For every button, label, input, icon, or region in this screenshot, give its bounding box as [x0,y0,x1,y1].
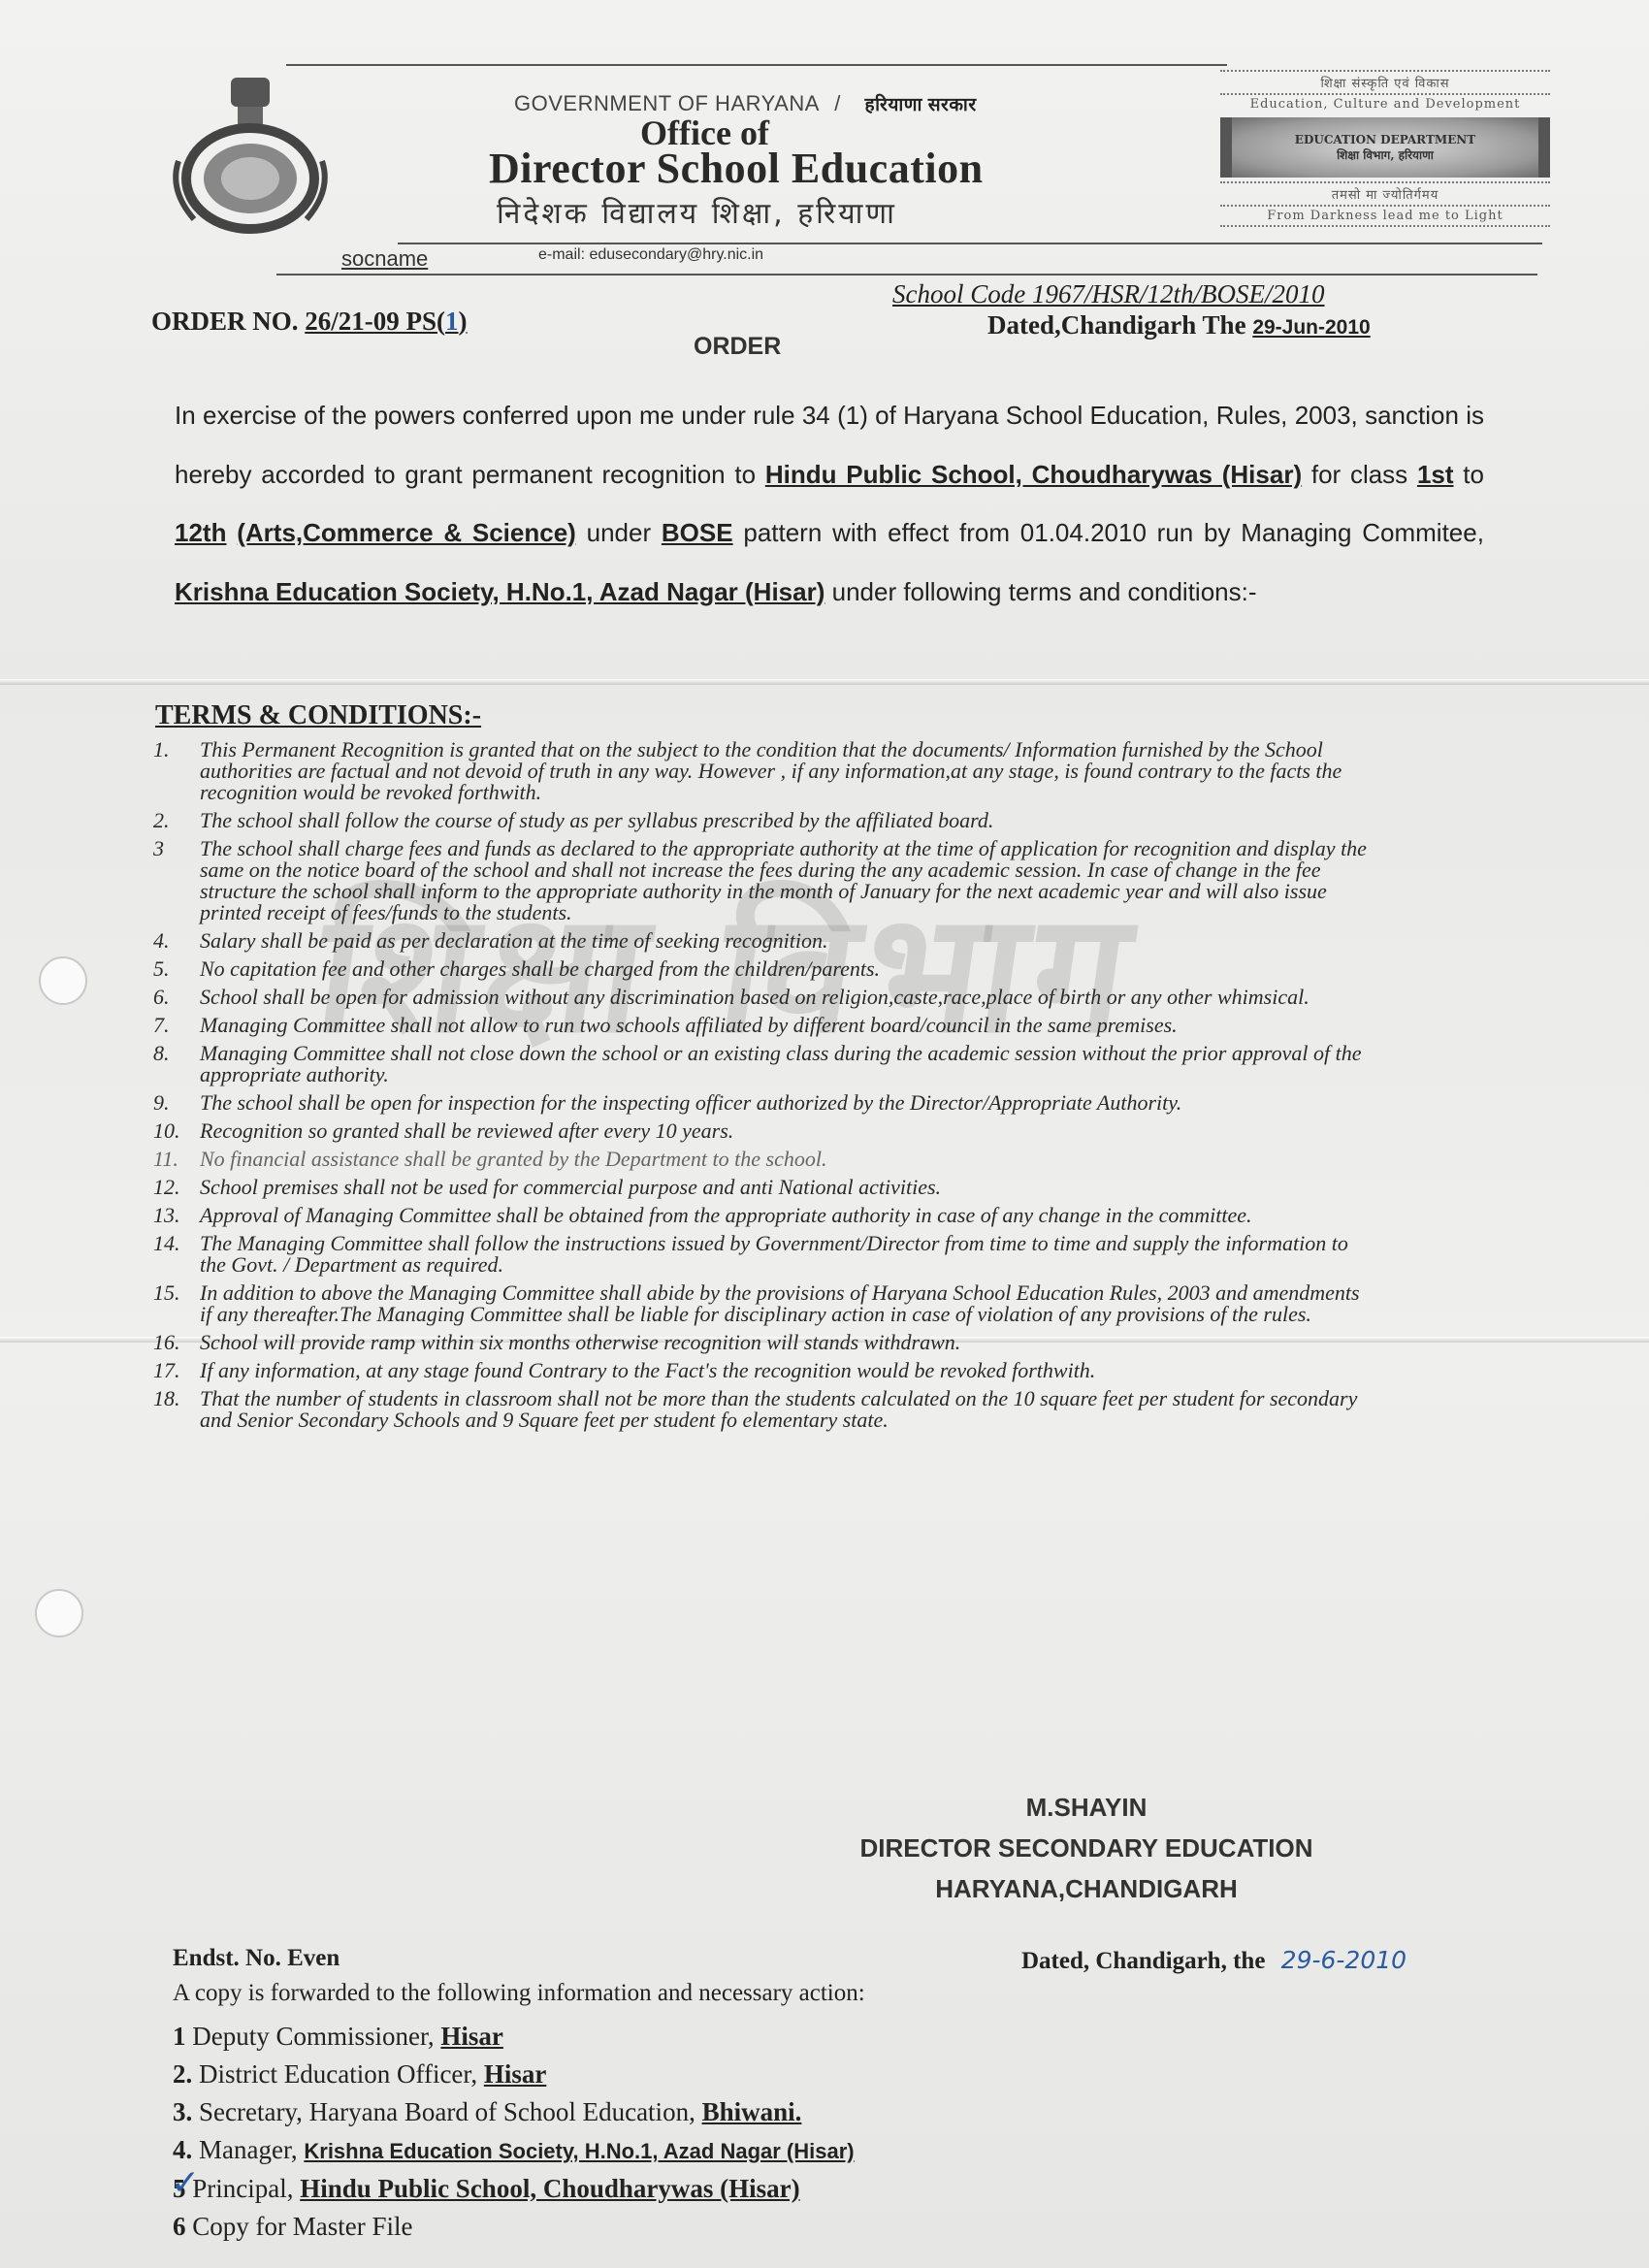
class-to: 12th [175,518,226,547]
term-text: Managing Committee shall not close down … [200,1043,1375,1085]
recipient-role: District Education Officer, [199,2059,484,2089]
punch-hole [35,1589,83,1637]
recipient-role: Copy for Master File [192,2212,412,2241]
handwritten-date: 29-6-2010 [1281,1946,1406,1974]
order-date: Dated,Chandigarh The 29-Jun-2010 [987,310,1371,340]
term-text: School shall be open for admission witho… [200,987,1375,1008]
term-text: School will provide ramp within six mont… [200,1332,1375,1353]
term-text: If any information, at any stage found C… [200,1360,1375,1381]
recipient-role: Principal, [192,2174,300,2203]
school-name: Hindu Public School, Choudharywas (Hisar… [765,460,1302,489]
term-item: 18.That the number of students in classr… [153,1388,1375,1431]
header-bottom-rule [276,274,1537,275]
email-address: e-mail: edusecondary@hry.nic.in [538,246,763,264]
recipient-role: Secretary, Haryana Board of School Educa… [199,2097,702,2126]
term-item: 4.Salary shall be paid as per declaratio… [153,930,1375,952]
term-text: No financial assistance shall be granted… [200,1149,1375,1170]
signatory-place: HARYANA,CHANDIGARH [795,1868,1377,1909]
term-item: 15.In addition to above the Managing Com… [153,1282,1375,1325]
socname-label: socname [341,246,428,272]
paper-crease [0,679,1649,685]
term-text: Recognition so granted shall be reviewed… [200,1120,1375,1142]
board-name: BOSE [662,518,733,547]
term-text: The Managing Committee shall follow the … [200,1233,1375,1276]
punch-hole [39,956,87,1005]
endorsement-date: Dated, Chandigarh, the 29-6-2010 [1021,1946,1406,1975]
term-item: 5.No capitation fee and other charges sh… [153,958,1375,980]
recipient-place: Krishna Education Society, H.No.1, Azad … [304,2139,854,2163]
term-text: The school shall follow the course of st… [200,810,1375,831]
term-item: 16.School will provide ramp within six m… [153,1332,1375,1353]
term-item: 7.Managing Committee shall not allow to … [153,1015,1375,1036]
term-text: This Permanent Recognition is granted th… [200,739,1375,803]
recipient-place: Hindu Public School, Choudharywas (Hisar… [300,2174,799,2203]
term-text: Approval of Managing Committee shall be … [200,1205,1375,1226]
term-item: 1.This Permanent Recognition is granted … [153,739,1375,803]
recipient-item: 5 Principal, Hindu Public School, Choudh… [173,2170,855,2208]
recipient-item: 1 Deputy Commissioner, Hisar [173,2018,855,2056]
signature-block: M.SHAYIN DIRECTOR SECONDARY EDUCATION HA… [795,1787,1377,1909]
terms-title: TERMS & CONDITIONS:- [155,700,481,731]
term-number: 4. [153,930,200,952]
education-department-logo: शिक्षा संस्कृति एवं विकास Education, Cul… [1220,70,1550,227]
term-number: 17. [153,1360,200,1381]
streams: (Arts,Commerce & Science) [237,518,576,547]
term-item: 10.Recognition so granted shall be revie… [153,1120,1375,1142]
term-item: 2.The school shall follow the course of … [153,810,1375,831]
term-text: In addition to above the Managing Commit… [200,1282,1375,1325]
term-item: 14.The Managing Committee shall follow t… [153,1233,1375,1276]
recipient-number: 2. [173,2059,199,2089]
recipient-item: 3. Secretary, Haryana Board of School Ed… [173,2093,855,2131]
term-text: School premises shall not be used for co… [200,1177,1375,1198]
forward-text: A copy is forwarded to the following inf… [173,1980,865,2007]
term-number: 7. [153,1015,200,1036]
office-title: Director School Education [489,144,984,193]
term-text: The school shall be open for inspection … [200,1092,1375,1114]
recipient-item: 6 Copy for Master File [173,2208,855,2246]
term-text: That the number of students in classroom… [200,1388,1375,1431]
term-number: 8. [153,1043,200,1085]
recipient-item: 4. Manager, Krishna Education Society, H… [173,2131,855,2170]
term-text: No capitation fee and other charges shal… [200,958,1375,980]
term-number: 11. [153,1149,200,1170]
class-from: 1st [1417,460,1454,489]
header-top-rule [286,64,1227,66]
term-number: 10. [153,1120,200,1142]
term-number: 16. [153,1332,200,1353]
term-number: 12. [153,1177,200,1198]
society-name: Krishna Education Society, H.No.1, Azad … [175,577,824,606]
term-item: 9.The school shall be open for inspectio… [153,1092,1375,1114]
recipient-number: 6 [173,2212,192,2241]
term-number: 9. [153,1092,200,1114]
order-number: ORDER NO. 26/21-09 PS(1) [151,307,468,337]
term-text: Salary shall be paid as per declaration … [200,930,1375,952]
recipient-place: Bhiwani. [702,2097,802,2126]
term-text: Managing Committee shall not allow to ru… [200,1015,1375,1036]
recipient-number: 3. [173,2097,199,2126]
term-item: 3The school shall charge fees and funds … [153,838,1375,923]
term-item: 8.Managing Committee shall not close dow… [153,1043,1375,1085]
term-item: 17.If any information, at any stage foun… [153,1360,1375,1381]
signatory-name: M.SHAYIN [795,1787,1377,1828]
order-body-paragraph: In exercise of the powers conferred upon… [175,386,1484,621]
recipient-role: Deputy Commissioner, [192,2022,440,2051]
checkmark-icon: ✓ [171,2163,200,2203]
office-title-hindi: निदेशक विद्यालय शिक्षा, हरियाणा [497,192,897,232]
header-mid-rule [398,243,1542,244]
term-number: 13. [153,1205,200,1226]
recipient-place: Hisar [484,2059,547,2089]
term-number: 2. [153,810,200,831]
terms-list: 1.This Permanent Recognition is granted … [153,739,1375,1438]
department-band: EDUCATION DEPARTMENT शिक्षा विभाग, हरिया… [1220,117,1550,178]
term-item: 11.No financial assistance shall be gran… [153,1149,1375,1170]
order-heading: ORDER [694,333,781,361]
term-item: 12.School premises shall not be used for… [153,1177,1375,1198]
recipient-number: 4. [173,2135,199,2164]
recipient-number: 1 [173,2022,192,2051]
endorsement-number: Endst. No. Even [173,1945,339,1972]
term-text: The school shall charge fees and funds a… [200,838,1375,923]
recipient-place: Hisar [440,2022,503,2051]
recipient-role: Manager, [199,2135,304,2164]
term-number: 15. [153,1282,200,1325]
school-code: School Code 1967/HSR/12th/BOSE/2010 [892,279,1324,309]
term-number: 1. [153,739,200,803]
haryana-emblem-icon [165,74,335,239]
term-number: 18. [153,1388,200,1431]
term-number: 3 [153,838,200,923]
term-number: 5. [153,958,200,980]
recipient-item: 2. District Education Officer, Hisar [173,2056,855,2093]
term-number: 14. [153,1233,200,1276]
term-number: 6. [153,987,200,1008]
term-item: 6.School shall be open for admission wit… [153,987,1375,1008]
recipient-list: 1 Deputy Commissioner, Hisar2. District … [173,2018,855,2246]
term-item: 13.Approval of Managing Committee shall … [153,1205,1375,1226]
signatory-designation: DIRECTOR SECONDARY EDUCATION [795,1828,1377,1868]
